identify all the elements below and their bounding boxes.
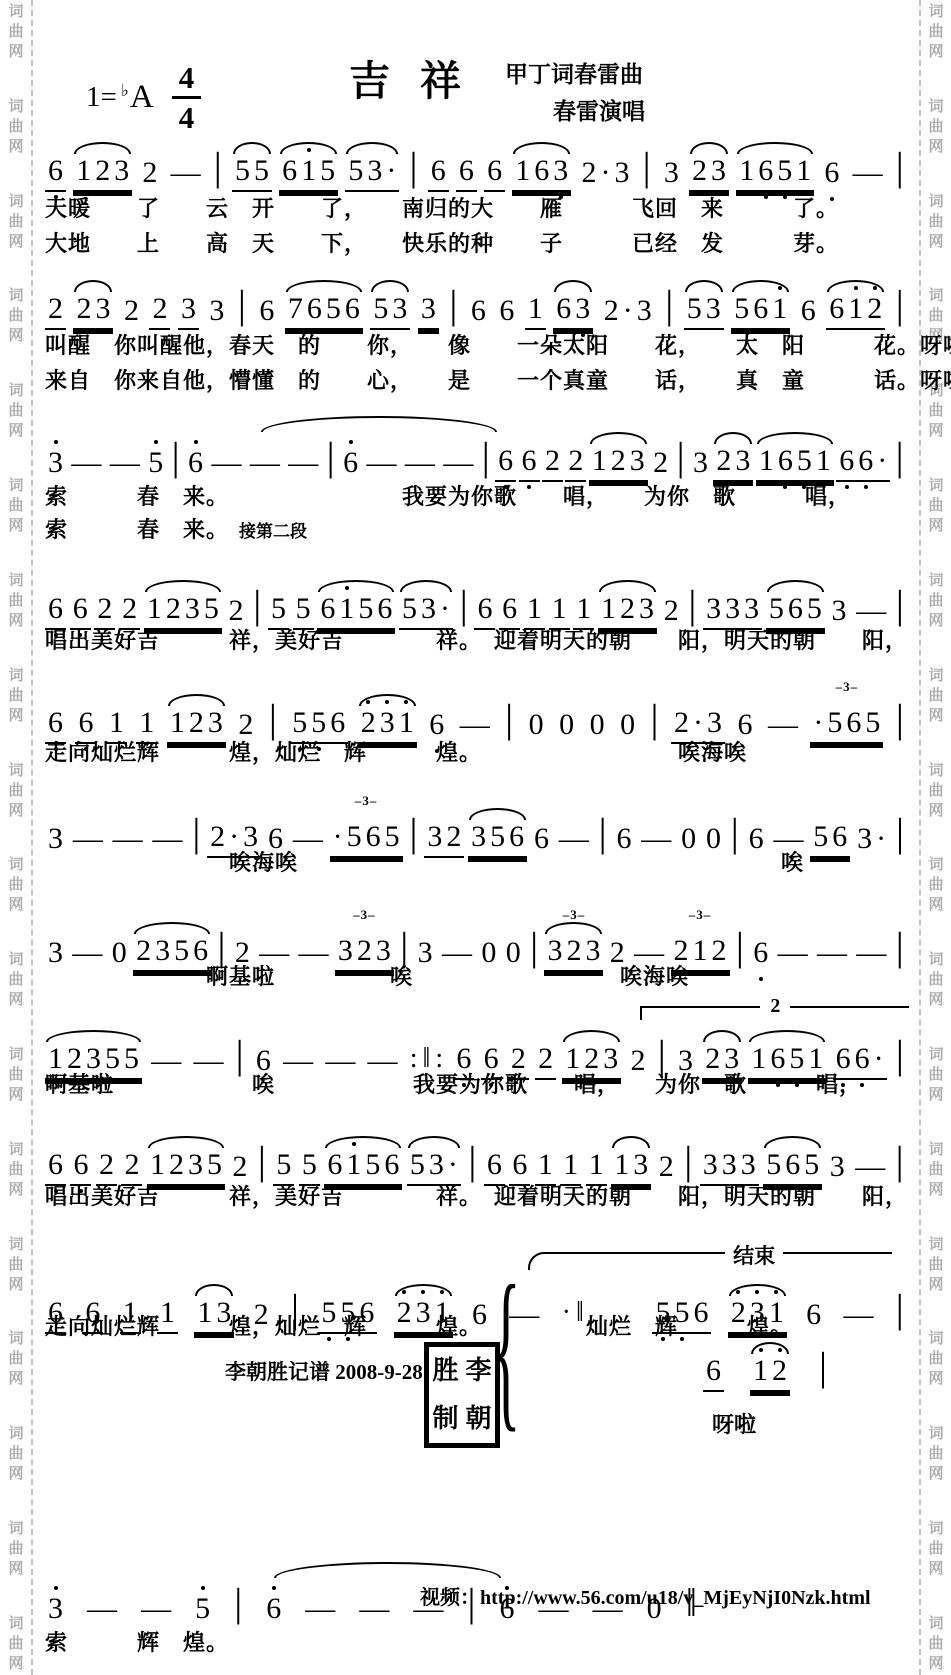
- lyrics-line: 唱出美好吉 祥，美好吉 祥。 迎着明天的朝 阳，明天的朝 阳，: [45, 628, 908, 654]
- note-char: 2: [865, 294, 884, 324]
- note-char: 5: [400, 594, 419, 624]
- note-char: 3: [336, 936, 355, 966]
- notation-group: 53·: [399, 592, 453, 630]
- note-char: 5: [732, 294, 751, 324]
- watermark-char: 词: [8, 952, 23, 967]
- watermark-char: 网: [928, 992, 943, 1007]
- watermark-char: 网: [928, 518, 943, 533]
- watermark-char: 曲: [928, 498, 943, 513]
- note-char: 5: [488, 822, 507, 852]
- bracket-label: 2: [760, 995, 790, 1018]
- watermark-text: 词曲网: [8, 99, 23, 154]
- note-char: 1: [337, 594, 356, 624]
- note-char: ·: [438, 594, 452, 624]
- watermark-text: 词曲网: [928, 1426, 943, 1481]
- note-char: 3: [704, 594, 723, 624]
- notation-group: 2: [656, 1150, 677, 1186]
- notation-group: 2: [650, 446, 671, 482]
- notation-group: —: [84, 1592, 120, 1628]
- watermark-text: 词曲网: [8, 1426, 23, 1481]
- notation-group: —: [302, 1592, 338, 1628]
- watermark-text: 词曲网: [8, 1616, 23, 1671]
- note-char: —: [286, 448, 320, 478]
- watermark-char: 词: [8, 194, 23, 209]
- notation-group: 56: [810, 820, 850, 858]
- note-char: 5: [193, 1594, 212, 1624]
- note-char: |: [251, 585, 263, 625]
- note-char: 6: [485, 156, 504, 186]
- note-char: ·: [811, 708, 825, 738]
- note-char: —: [85, 1594, 119, 1624]
- note-char: 1: [599, 594, 618, 624]
- note-char: 1: [691, 936, 710, 966]
- notation-group: 556: [289, 706, 348, 744]
- note-char: |: [649, 699, 661, 739]
- note-char: 5: [802, 1150, 821, 1180]
- seal-character: 李: [465, 1358, 491, 1384]
- note-char: —: [365, 448, 399, 478]
- notation-group: 1235: [144, 592, 222, 630]
- watermark-char: 曲: [8, 1541, 23, 1556]
- watermark-char: 曲: [928, 308, 943, 323]
- notation-group: 3: [661, 156, 682, 192]
- watermark-char: 词: [8, 573, 23, 588]
- notation-group: —: [247, 446, 283, 482]
- note-char: 6: [834, 1044, 853, 1074]
- note-char: 2: [93, 156, 112, 186]
- notation-group: 1: [549, 592, 570, 630]
- note-char: |: [817, 1347, 829, 1387]
- note-char: 5: [309, 708, 328, 738]
- note-char: 3: [705, 708, 724, 738]
- barline: |: [893, 283, 907, 330]
- note-char: 5: [318, 156, 337, 186]
- barline: |: [169, 435, 183, 482]
- watermark-char: 网: [8, 44, 23, 59]
- notation-group: 1: [525, 292, 546, 330]
- watermark-char: 曲: [8, 877, 23, 892]
- note-char: 6: [280, 156, 299, 186]
- lyrics-line: 索 春 来。 我要为你歌 唱， 为你 歌 唱，: [45, 484, 851, 510]
- notation-group: 5: [299, 1148, 320, 1186]
- note-char: 3: [93, 294, 112, 324]
- barline: |: [324, 435, 338, 482]
- note-char: 1: [299, 156, 318, 186]
- notation-group: 1651: [756, 444, 834, 482]
- watermark-text: 词曲网: [928, 952, 943, 1007]
- note-char: 6: [382, 1150, 401, 1180]
- watermark-char: 网: [8, 518, 23, 533]
- notation-group: 2: [542, 444, 563, 482]
- barline: |: [457, 583, 471, 630]
- watermark-text: 词曲网: [928, 763, 943, 818]
- note-char: ·: [446, 1150, 460, 1180]
- lyrics-line: 唱出美好吉 祥，美好吉 祥。 迎着明天的朝 阳，明天的朝 阳，: [45, 1184, 908, 1210]
- notation-group: 6: [803, 1298, 824, 1334]
- note-char: 1: [536, 1150, 555, 1180]
- note-char: 6: [305, 294, 324, 324]
- notation-group: 2: [229, 1150, 250, 1186]
- watermark-text: 词曲网: [8, 478, 23, 533]
- watermark-char: 网: [8, 897, 23, 912]
- watermark-char: 词: [8, 763, 23, 778]
- watermark-char: 曲: [928, 593, 943, 608]
- note-char: 2: [536, 1044, 555, 1074]
- lyrics-line: 走向灿烂辉 煌，灿烂 辉 煌。 灿烂 辉 煌。: [45, 1314, 793, 1340]
- note-char: —: [357, 1594, 391, 1624]
- watermark-column-right: 词曲网词曲网词曲网词曲网词曲网词曲网词曲网词曲网词曲网词曲网词曲网词曲网词曲网词…: [923, 4, 949, 1671]
- note-char: |: [894, 147, 906, 187]
- watermark-text: 词曲网: [928, 1616, 943, 1671]
- watermark-char: 词: [8, 383, 23, 398]
- watermark-char: 词: [928, 1521, 943, 1536]
- note-char: 2: [657, 1152, 676, 1182]
- note-char: 6: [853, 1044, 872, 1074]
- watermark-text: 词曲网: [8, 1521, 23, 1576]
- note-char: 5: [146, 448, 165, 478]
- watermark-char: 网: [928, 1277, 943, 1292]
- note-char: 6: [500, 594, 519, 624]
- note-char: 1: [107, 708, 126, 738]
- note-char: |: [663, 285, 675, 325]
- note-char: 3: [742, 594, 761, 624]
- watermark-char: 网: [928, 1371, 943, 1386]
- note-char: 2: [150, 294, 169, 324]
- note-char: |: [232, 1583, 244, 1623]
- note-char: |: [675, 437, 687, 477]
- lyrics-line: 叫醒 你叫醒他，春天 的 你， 像 一朵太阳 花， 太 阳 花。呀啦: [45, 333, 951, 359]
- note-char: |: [682, 1141, 694, 1181]
- note-char: 3: [365, 156, 384, 186]
- note-char: 1: [525, 594, 544, 624]
- watermark-char: 网: [928, 44, 943, 59]
- watermark-char: 网: [8, 613, 23, 628]
- barline: |: [685, 583, 699, 630]
- note-char: |: [894, 813, 906, 853]
- note-char: 6: [830, 822, 849, 852]
- notation-group: 6: [185, 446, 206, 482]
- note-char: |: [480, 437, 492, 477]
- volta-bracket: 2: [640, 1006, 909, 1020]
- barline: |: [465, 1139, 479, 1186]
- note-char: 3: [723, 594, 742, 624]
- note-char: 3: [207, 296, 226, 326]
- note-char: —: [458, 710, 492, 740]
- note-char: 2: [134, 936, 153, 966]
- watermark-char: 词: [8, 99, 23, 114]
- notation-group: 0: [556, 708, 577, 744]
- note-char: 5: [767, 594, 786, 624]
- lyrics-line: 大地 上 高 天 下， 快乐的种 子 已经 发 芽。: [45, 231, 839, 257]
- note-char: 3: [691, 448, 710, 478]
- barline: |: [893, 1287, 907, 1334]
- notation-group: 6: [256, 294, 277, 330]
- note-char: 2: [672, 708, 691, 738]
- barline: |: [255, 1139, 269, 1186]
- note-char: 3: [206, 708, 225, 738]
- notation-group: —: [853, 936, 889, 972]
- watermark-text: 词曲网: [928, 478, 943, 533]
- note-char: 6: [325, 1150, 344, 1180]
- note-char: 0: [588, 710, 607, 740]
- notation-group: 2: [121, 294, 142, 330]
- notation-group: 6: [484, 1148, 505, 1186]
- note-char: |: [398, 927, 410, 967]
- note-char: ·: [872, 1044, 886, 1074]
- note-char: 5: [371, 294, 390, 324]
- watermark-char: 词: [8, 478, 23, 493]
- notation-group: 3: [45, 446, 66, 482]
- notation-group: —: [852, 1150, 888, 1186]
- note-char: ·: [875, 446, 889, 476]
- watermark-char: 词: [928, 1616, 943, 1631]
- notation-line-9: 662212352|55615653·|66111132|3335653—|: [45, 1134, 907, 1186]
- notation-group: 163: [512, 154, 571, 192]
- watermark-char: 词: [8, 4, 23, 19]
- note-char: 2: [582, 1044, 601, 1074]
- note-char: 3: [425, 822, 444, 852]
- note-char: |: [190, 813, 202, 853]
- notation-group: 1: [586, 1148, 607, 1186]
- note-char: 3: [635, 296, 654, 326]
- watermark-char: 网: [8, 328, 23, 343]
- watermark-char: 网: [928, 1182, 943, 1197]
- barline: |: [893, 697, 907, 744]
- note-char: 3: [390, 294, 409, 324]
- notation-group: 0: [526, 708, 547, 744]
- note-char: 3: [419, 294, 438, 324]
- notation-group: 2: [139, 156, 160, 192]
- note-char: 2: [703, 1044, 722, 1074]
- note-char: 6: [364, 822, 383, 852]
- notation-line-3: 3——5|6———|6———|66221232|323165166·|: [45, 430, 907, 482]
- notation-line-4: 662212352|55615653·|661111232|3335653—|: [45, 578, 907, 630]
- watermark-char: 词: [8, 1521, 23, 1536]
- note-char: ·: [227, 822, 241, 852]
- note-char: —: [108, 448, 142, 478]
- barline: |: [733, 925, 747, 972]
- left-dashed-border: [31, 0, 33, 1675]
- notation-group: —: [775, 936, 811, 972]
- watermark-text: 词曲网: [8, 668, 23, 723]
- watermark-char: 曲: [928, 688, 943, 703]
- notation-group: —: [68, 446, 104, 482]
- watermark-char: 曲: [8, 214, 23, 229]
- note-char: 2: [95, 594, 114, 624]
- note-char: |: [325, 437, 337, 477]
- watermark-char: 网: [8, 1182, 23, 1197]
- notation-group: 561: [731, 292, 790, 330]
- note-char: 6: [827, 294, 846, 324]
- note-char: —: [851, 158, 885, 188]
- watermark-text: 词曲网: [928, 668, 943, 723]
- note-char: 3: [551, 156, 570, 186]
- seal-character: 胜: [432, 1358, 458, 1384]
- note-char: 5: [252, 156, 271, 186]
- watermark-text: 词曲网: [928, 1047, 943, 1102]
- notation-group: 23: [689, 154, 729, 192]
- notation-group: 6: [70, 592, 91, 630]
- note-char: ·: [384, 156, 398, 186]
- note-char: —: [403, 448, 437, 478]
- notation-group: 53·: [407, 1148, 461, 1186]
- right-dashed-border: [919, 0, 921, 1675]
- note-char: |: [528, 927, 540, 967]
- note-char: 6: [510, 1150, 529, 1180]
- notation-group: 2·3: [601, 294, 655, 330]
- note-char: 1: [806, 1044, 825, 1074]
- watermark-char: 网: [8, 803, 23, 818]
- note-char: 1: [574, 594, 593, 624]
- note-char: 7: [286, 294, 305, 324]
- notation-group: 6: [45, 1148, 66, 1186]
- barline: |: [893, 1033, 907, 1080]
- notation-group: 333: [700, 1148, 759, 1186]
- watermark-char: 词: [8, 1426, 23, 1441]
- watermark-text: 词曲网: [8, 573, 23, 628]
- note-char: 3: [830, 596, 849, 626]
- note-char: 1: [46, 1044, 65, 1074]
- notation-group: 2: [661, 594, 682, 630]
- notation-group: 2: [235, 708, 256, 744]
- watermark-char: 词: [928, 573, 943, 588]
- watermark-char: 曲: [8, 1351, 23, 1366]
- note-char: 6: [186, 448, 205, 478]
- notation-group: 6: [428, 154, 449, 192]
- notation-group: —: [440, 446, 476, 482]
- watermark-text: 词曲网: [8, 4, 23, 59]
- lyrics-line: 唉海唉 唉: [45, 850, 804, 876]
- time-signature: 4 4: [172, 62, 202, 133]
- note-char: 5: [290, 708, 309, 738]
- watermark-char: 网: [928, 139, 943, 154]
- note-char: 6: [71, 1150, 90, 1180]
- notation-group: 6: [340, 446, 361, 482]
- key-signature: 1=♭A 4 4: [86, 62, 201, 133]
- notation-group: 6156: [324, 1148, 402, 1186]
- watermark-char: 网: [8, 234, 23, 249]
- watermark-char: 词: [928, 763, 943, 778]
- time-numerator: 4: [172, 62, 202, 99]
- watermark-text: 词曲网: [8, 857, 23, 912]
- barline: |: [681, 1139, 695, 1186]
- notation-group: 123: [73, 154, 132, 192]
- notation-group: 55: [232, 154, 272, 192]
- watermark-char: 曲: [928, 1257, 943, 1272]
- note-char: 6: [735, 710, 754, 740]
- notation-group: 13: [611, 1148, 651, 1186]
- note-char: 1: [137, 708, 156, 738]
- watermark-char: 曲: [928, 214, 943, 229]
- notation-group: 0: [617, 708, 638, 744]
- note-char: 6: [786, 594, 805, 624]
- note-char: 3: [739, 1150, 758, 1180]
- watermark-char: 词: [928, 288, 943, 303]
- note-char: 2: [230, 1152, 249, 1182]
- notation-group: 6: [519, 444, 540, 482]
- watermark-text: 词曲网: [8, 763, 23, 818]
- note-char: 5: [345, 822, 364, 852]
- note-char: 6: [257, 296, 276, 326]
- note-char: |: [267, 699, 279, 739]
- notation-group: 0: [587, 708, 608, 744]
- flat-symbol: ♭: [121, 81, 129, 101]
- notation-group: —: [457, 708, 493, 744]
- notation-group: 5: [293, 592, 314, 630]
- watermark-char: 曲: [928, 403, 943, 418]
- watermark-char: 曲: [8, 1636, 23, 1651]
- note-char: 1: [770, 294, 789, 324]
- note-char: 6: [844, 708, 863, 738]
- notation-group: —: [356, 1592, 392, 1628]
- note-char: 6: [46, 156, 65, 186]
- barline: |: [893, 145, 907, 192]
- notation-group: 6: [509, 1148, 530, 1186]
- note-char: 3: [612, 158, 631, 188]
- note-char: 2: [122, 296, 141, 326]
- watermark-text: 词曲网: [928, 573, 943, 628]
- note-char: —: [854, 938, 888, 968]
- note-char: |: [894, 699, 906, 739]
- note-char: |: [408, 147, 420, 187]
- notation-group: 2: [226, 594, 247, 630]
- note-char: 6: [496, 446, 515, 476]
- note-char: 6: [46, 1150, 65, 1180]
- note-char: 3: [153, 936, 172, 966]
- note-char: 1: [148, 1150, 167, 1180]
- lyrics-line: 啊基啦 唉 我要为你歌 唱， 为你 歌 唱，: [45, 1072, 862, 1098]
- ending-bracket: 结束: [528, 1252, 892, 1270]
- watermark-char: 曲: [8, 593, 23, 608]
- watermark-char: 曲: [8, 24, 23, 39]
- watermark-char: 网: [8, 423, 23, 438]
- notation-group: —: [364, 446, 400, 482]
- watermark-char: 网: [8, 1277, 23, 1292]
- sheet-music-page: 词曲网词曲网词曲网词曲网词曲网词曲网词曲网词曲网词曲网词曲网词曲网词曲网词曲网词…: [0, 0, 951, 1675]
- note-char: |: [894, 1035, 906, 1075]
- watermark-char: 曲: [928, 1162, 943, 1177]
- note-char: 6: [475, 594, 494, 624]
- note-char: 5: [863, 708, 882, 738]
- note-char: 5: [233, 156, 252, 186]
- notation-group: 63: [553, 292, 593, 330]
- notation-group: 615: [279, 154, 338, 192]
- note-char: 2: [543, 446, 562, 476]
- notation-group: —: [138, 1592, 174, 1628]
- notation-group: 12: [750, 1354, 790, 1392]
- note-char: 6: [520, 446, 539, 476]
- note-char: 6: [328, 708, 347, 738]
- note-char: 6: [804, 1300, 823, 1330]
- watermark-char: 词: [928, 1047, 943, 1062]
- note-char: 3: [419, 594, 438, 624]
- note-char: 3: [469, 822, 488, 852]
- note-char: 2: [579, 158, 598, 188]
- notation-group: 6: [496, 294, 517, 330]
- notation-group: 53: [370, 292, 410, 330]
- note-char: 6: [318, 594, 337, 624]
- notation-group: 2: [45, 292, 66, 330]
- barline: |: [893, 811, 907, 858]
- performer-credit: 春雷演唱: [553, 93, 645, 126]
- note-char: —: [441, 448, 475, 478]
- note-char: 2: [359, 708, 378, 738]
- notation-group: —: [850, 156, 886, 192]
- barline: |: [893, 925, 907, 972]
- watermark-char: 词: [928, 99, 943, 114]
- watermark-char: 网: [928, 1087, 943, 1102]
- note-char: 1: [751, 1356, 770, 1386]
